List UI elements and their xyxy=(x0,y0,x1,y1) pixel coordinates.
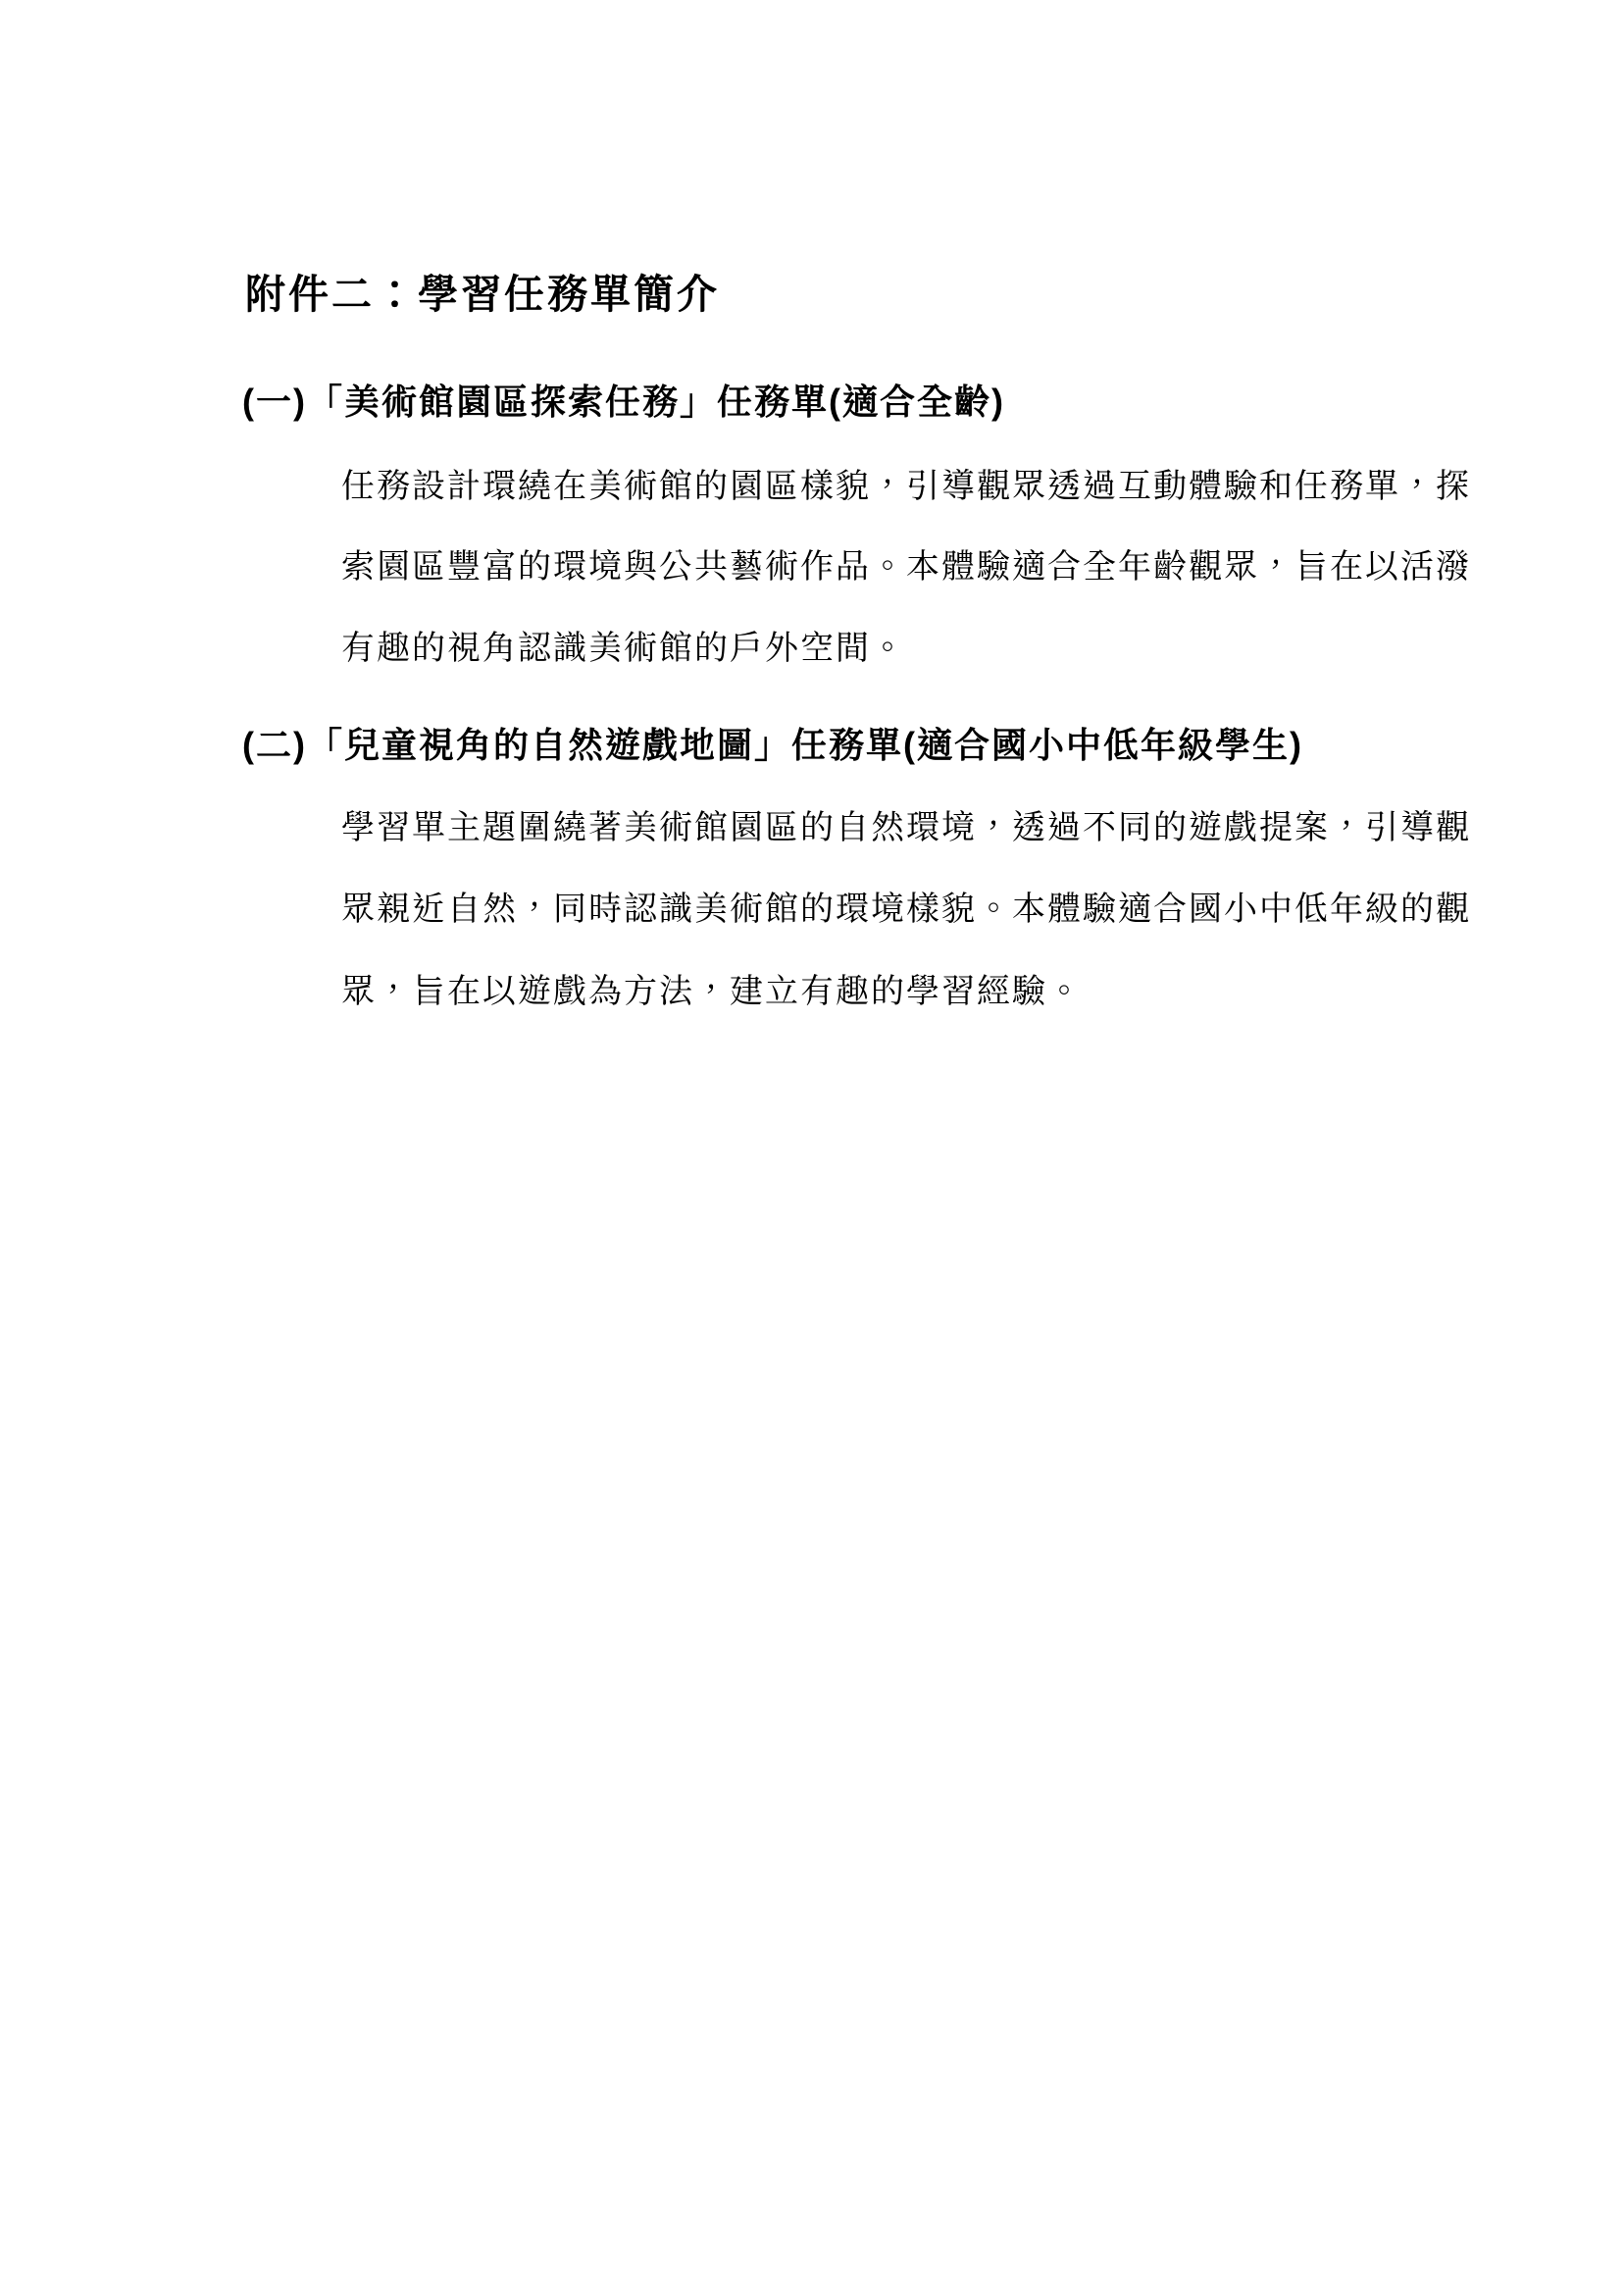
document-page: 附件二：學習任務單簡介 (一)「美術館園區探索任務」任務單(適合全齡) 任務設計… xyxy=(0,0,1624,2294)
page-title: 附件二：學習任務單簡介 xyxy=(245,275,720,315)
section-1-paragraph-line: 索園區豐富的環境與公共藝術作品。本體驗適合全年齡觀眾，旨在以活潑 xyxy=(341,548,1471,586)
section-2-paragraph-line: 眾，旨在以遊戲為方法，建立有趣的學習經驗。 xyxy=(341,973,1083,1011)
section-1-heading: (一)「美術館園區探索任務」任務單(適合全齡) xyxy=(242,382,1005,422)
section-2-heading: (二)「兒童視角的自然遊戲地圖」任務單(適合國小中低年級學生) xyxy=(242,725,1303,765)
section-2-paragraph-line: 眾親近自然，同時認識美術館的環境樣貌。本體驗適合國小中低年級的觀 xyxy=(341,891,1471,929)
section-1-paragraph-line: 任務設計環繞在美術館的園區樣貌，引導觀眾透過互動體驗和任務單，探 xyxy=(341,468,1471,506)
section-1-paragraph-line: 有趣的視角認識美術館的戶外空間。 xyxy=(341,630,906,668)
section-2-paragraph-line: 學習單主題圍繞著美術館園區的自然環境，透過不同的遊戲提案，引導觀 xyxy=(341,809,1471,847)
